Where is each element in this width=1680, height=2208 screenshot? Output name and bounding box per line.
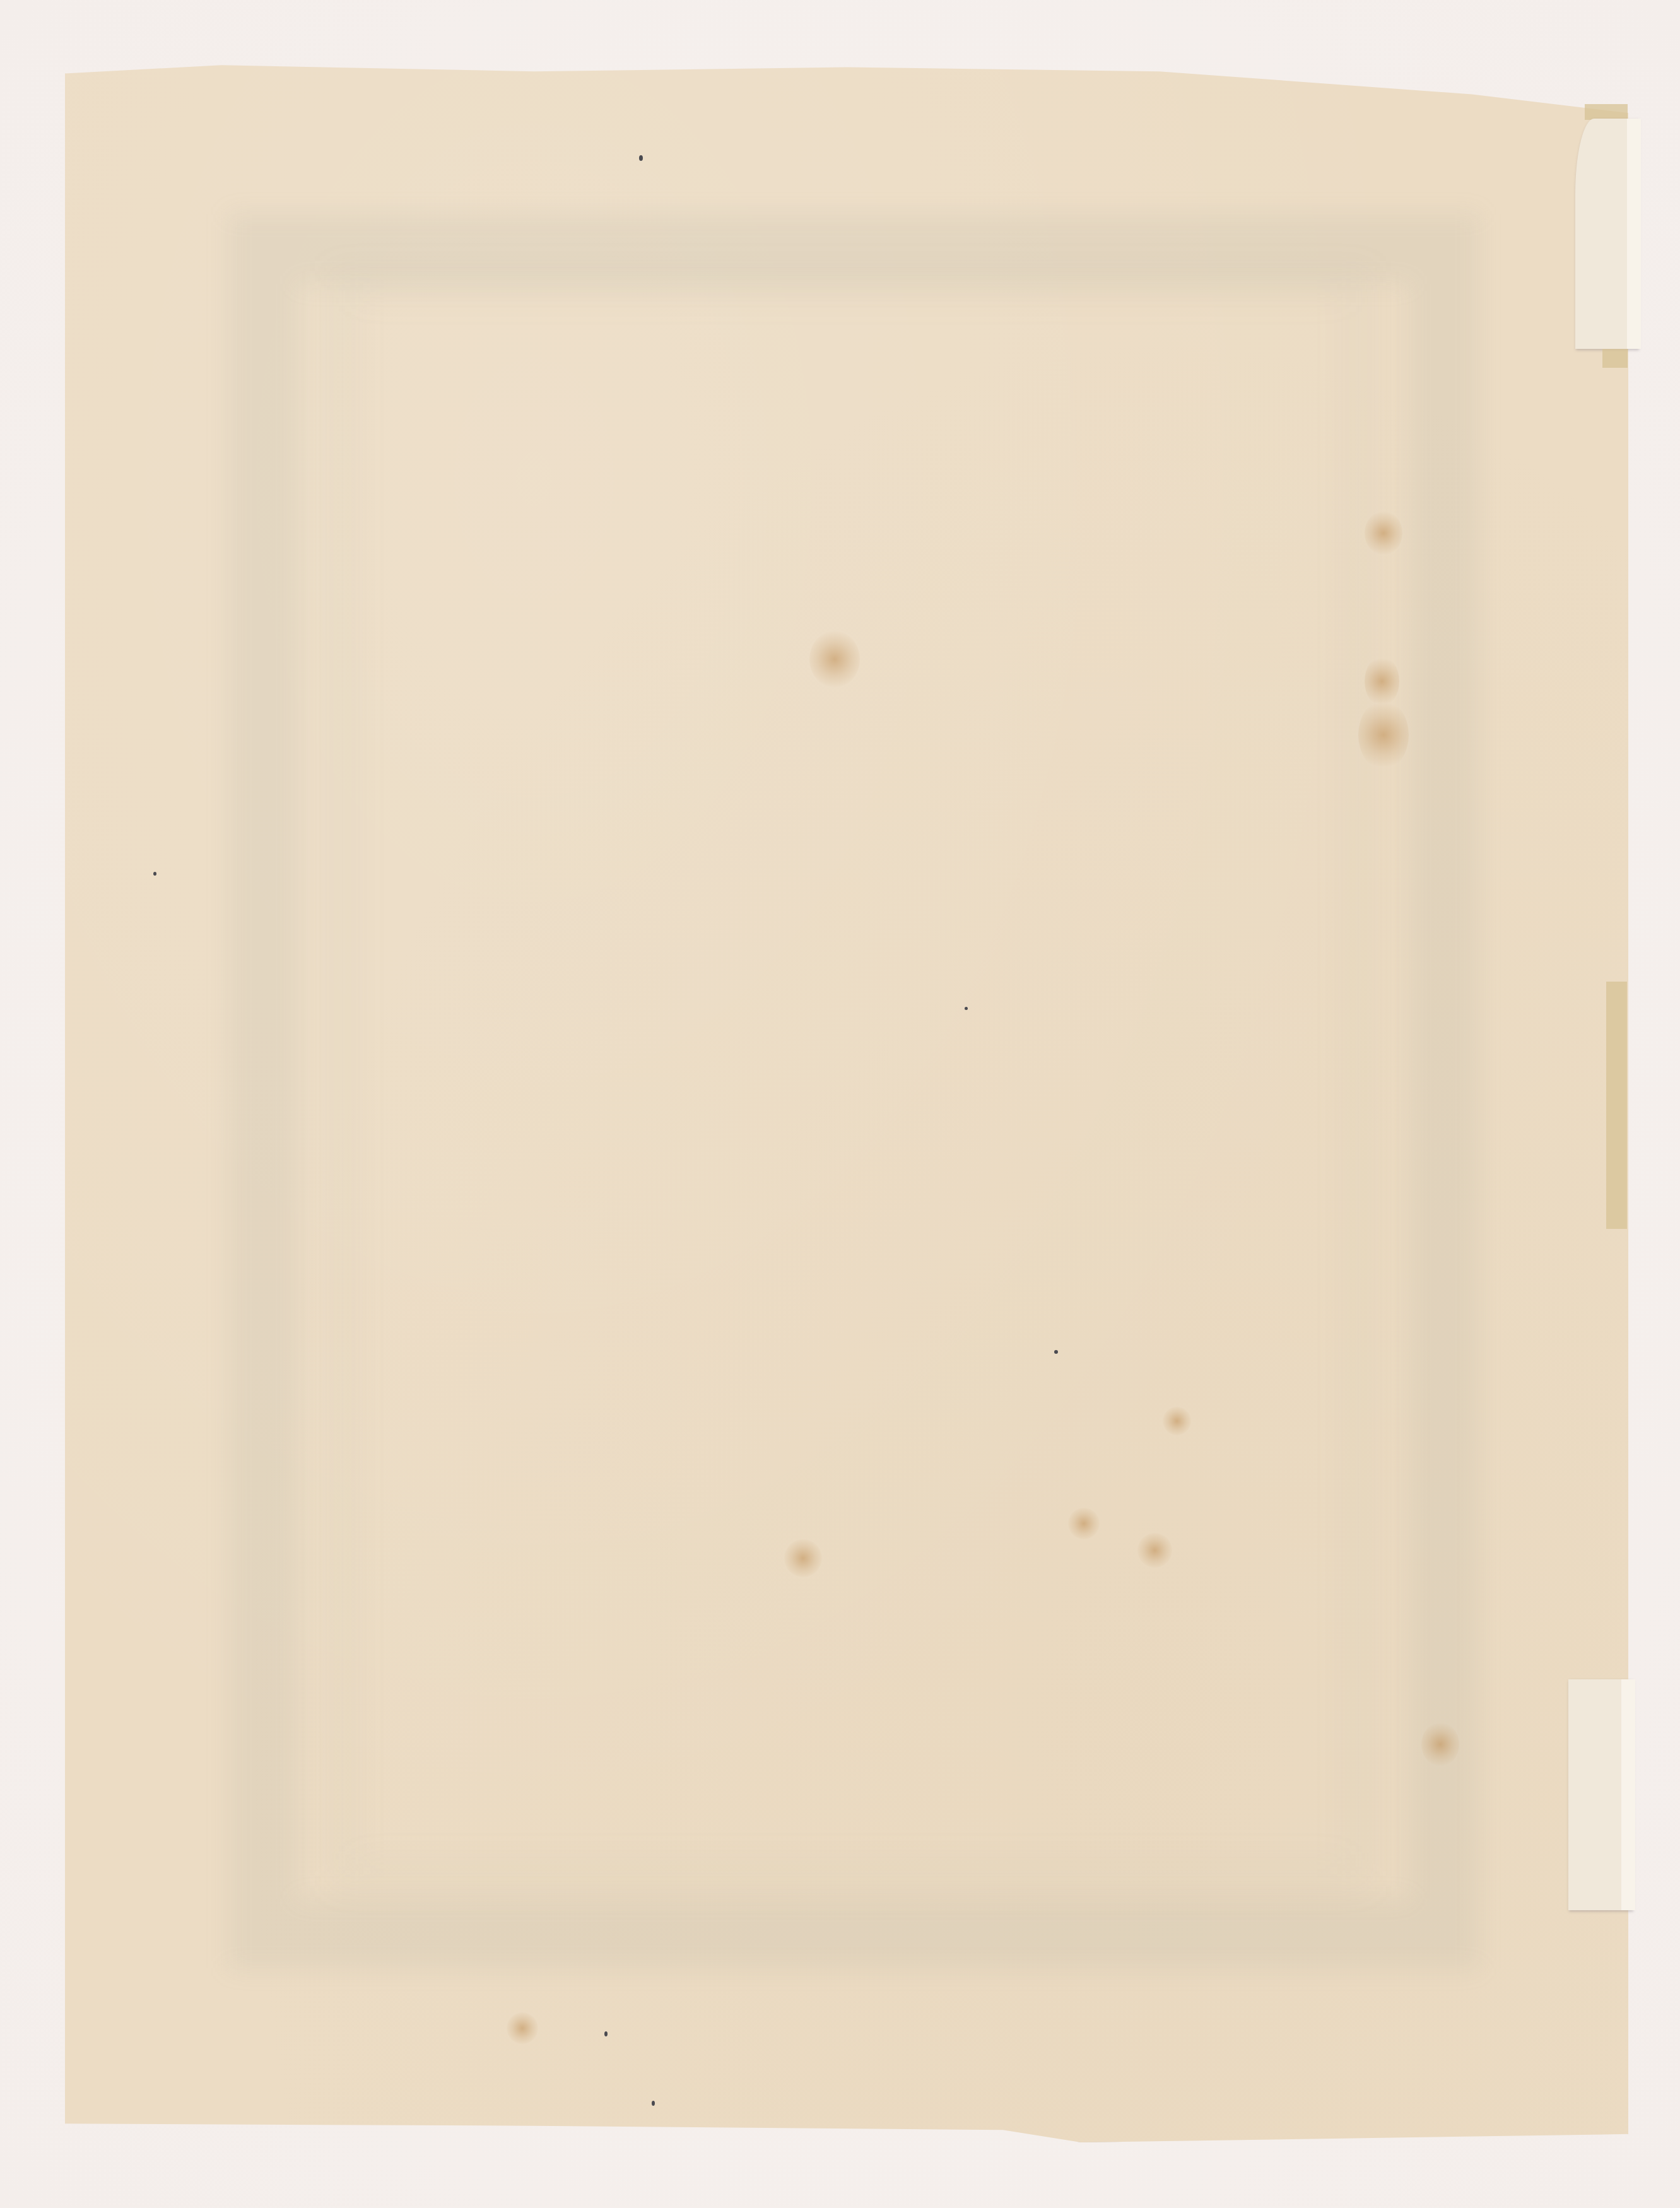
foxing-spot <box>1421 1722 1459 1766</box>
foxing-spot <box>1365 511 1402 555</box>
old-tape-strip-top <box>1585 104 1628 120</box>
speck <box>639 155 643 161</box>
speck <box>604 2031 608 2036</box>
foxing-spot <box>1068 1508 1100 1539</box>
paper-sheet <box>65 63 1628 2142</box>
foxing-spot <box>784 1539 822 1577</box>
foxing-spot <box>1365 656 1399 707</box>
tape-hinge-bottom <box>1568 1679 1633 1910</box>
foxing-spot <box>1163 1407 1191 1435</box>
foxing-spot <box>507 2012 538 2044</box>
foxing-spot <box>809 631 860 688</box>
speck <box>153 872 156 876</box>
speck <box>965 1007 968 1010</box>
foxing-spot <box>1358 700 1409 770</box>
old-tape-hinge-middle <box>1606 982 1627 1229</box>
speck <box>1054 1350 1058 1354</box>
show-through-inner-border <box>330 271 1371 1886</box>
tape-hinge-top <box>1575 119 1638 349</box>
speck <box>652 2101 655 2106</box>
old-tape-strip-top-lower <box>1602 349 1628 368</box>
foxing-spot <box>1137 1533 1172 1568</box>
